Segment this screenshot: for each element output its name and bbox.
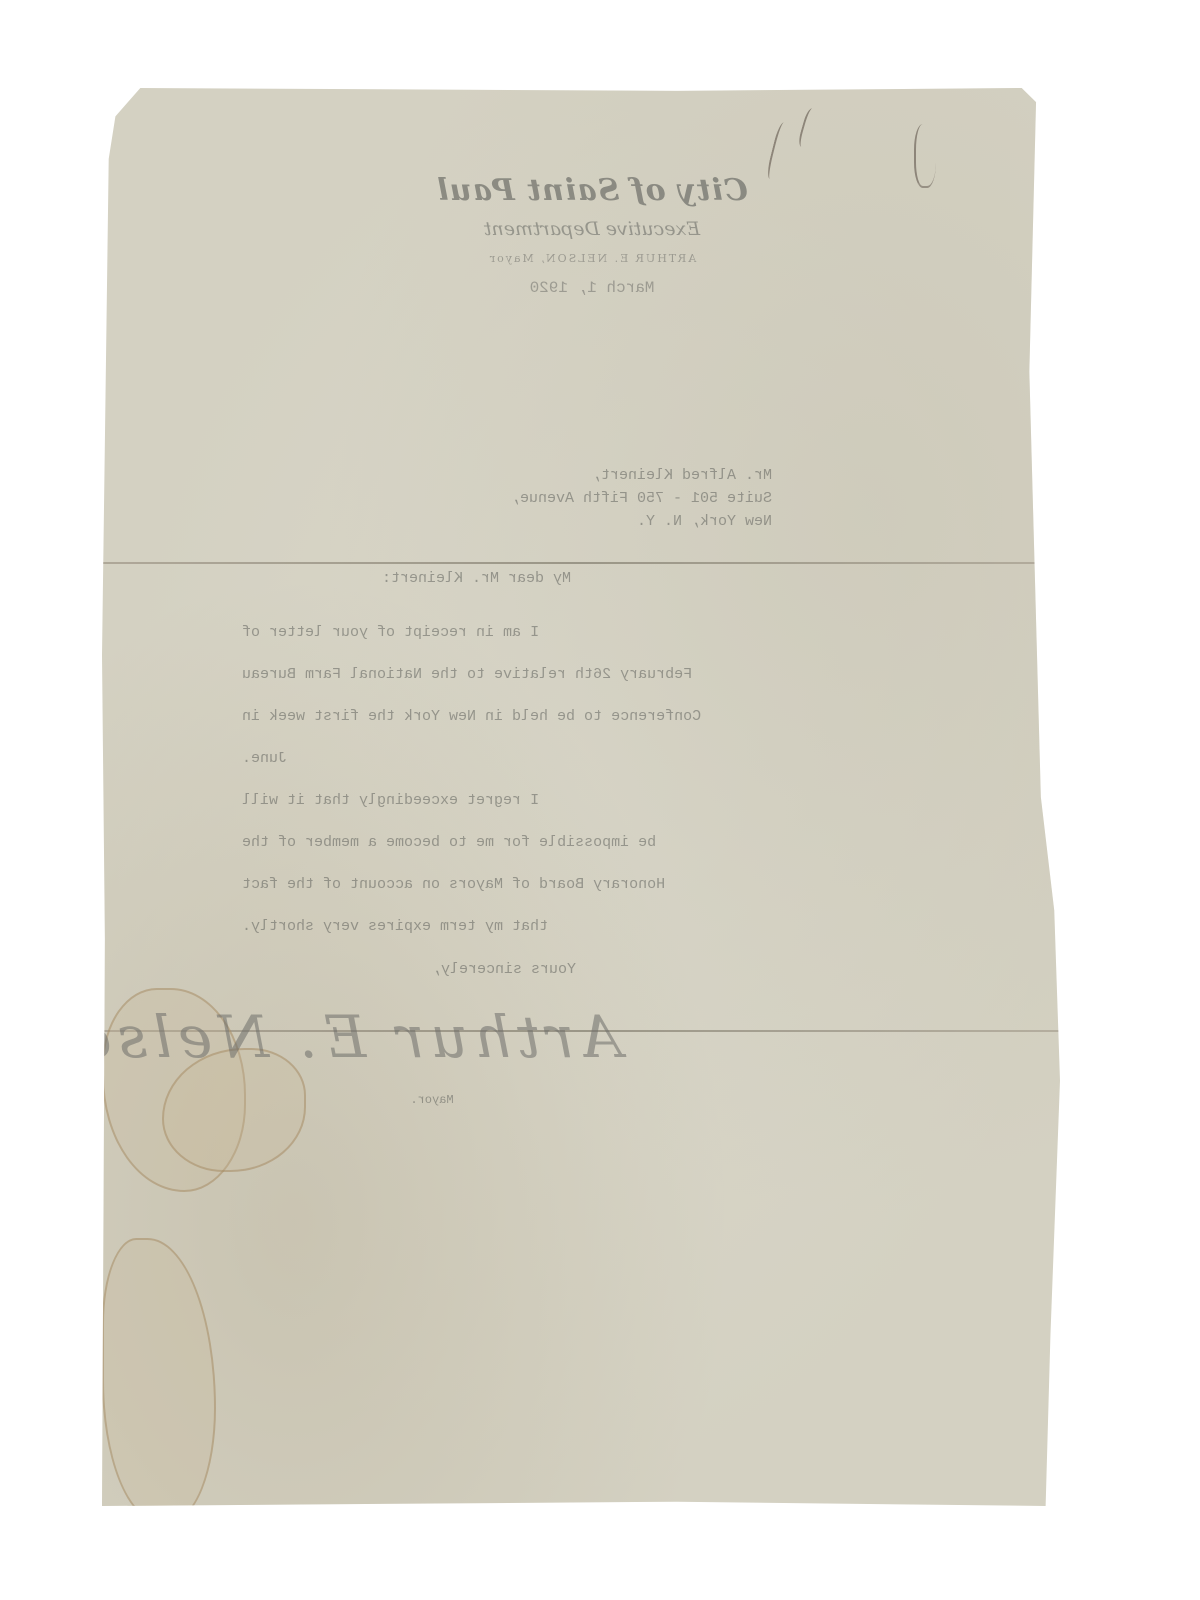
pencil-mark bbox=[765, 121, 791, 180]
body-line: I regret exceedingly that it will bbox=[242, 793, 802, 835]
body-line: Honorary Board of Mayors on account of t… bbox=[242, 877, 802, 919]
recipient-address-line2: New York, N. Y. bbox=[352, 514, 772, 529]
letterhead: City of Saint Paul Executive Department … bbox=[382, 173, 802, 297]
recipient-address-line1: Suite 501 - 750 Fifth Avenue, bbox=[352, 491, 772, 506]
letterhead-city: City of Saint Paul bbox=[382, 173, 802, 208]
fold-crease-upper bbox=[102, 562, 1060, 564]
signature: Arthur E. Nelson bbox=[252, 1003, 622, 1071]
signature-title: Mayor. bbox=[372, 1094, 492, 1106]
body-line: June. bbox=[242, 751, 802, 793]
body-line: February 26th relative to the National F… bbox=[242, 667, 802, 709]
letterhead-mayor: ARTHUR E. NELSON, Mayor bbox=[382, 252, 802, 265]
letter-body: I am in receipt of your letter of Februa… bbox=[242, 625, 802, 961]
recipient-address: Mr. Alfred Kleinert, Suite 501 - 750 Fif… bbox=[352, 468, 772, 537]
body-line: I am in receipt of your letter of bbox=[242, 625, 802, 667]
body-line: be impossible for me to become a member … bbox=[242, 835, 802, 877]
letter-date: March 1, 1920 bbox=[382, 279, 802, 297]
letter-paper: City of Saint Paul Executive Department … bbox=[102, 88, 1060, 1506]
pencil-mark bbox=[914, 124, 936, 188]
body-line: Conference to be held in New York the fi… bbox=[242, 709, 802, 751]
body-line: that my term expires very shortly. bbox=[242, 919, 802, 961]
letterhead-department: Executive Department bbox=[382, 218, 802, 240]
recipient-name: Mr. Alfred Kleinert, bbox=[352, 468, 772, 483]
water-stain bbox=[102, 1238, 216, 1522]
salutation: My dear Mr. Kleinert: bbox=[382, 571, 682, 586]
pencil-mark bbox=[797, 107, 820, 149]
closing: Yours sincerely, bbox=[432, 962, 632, 977]
